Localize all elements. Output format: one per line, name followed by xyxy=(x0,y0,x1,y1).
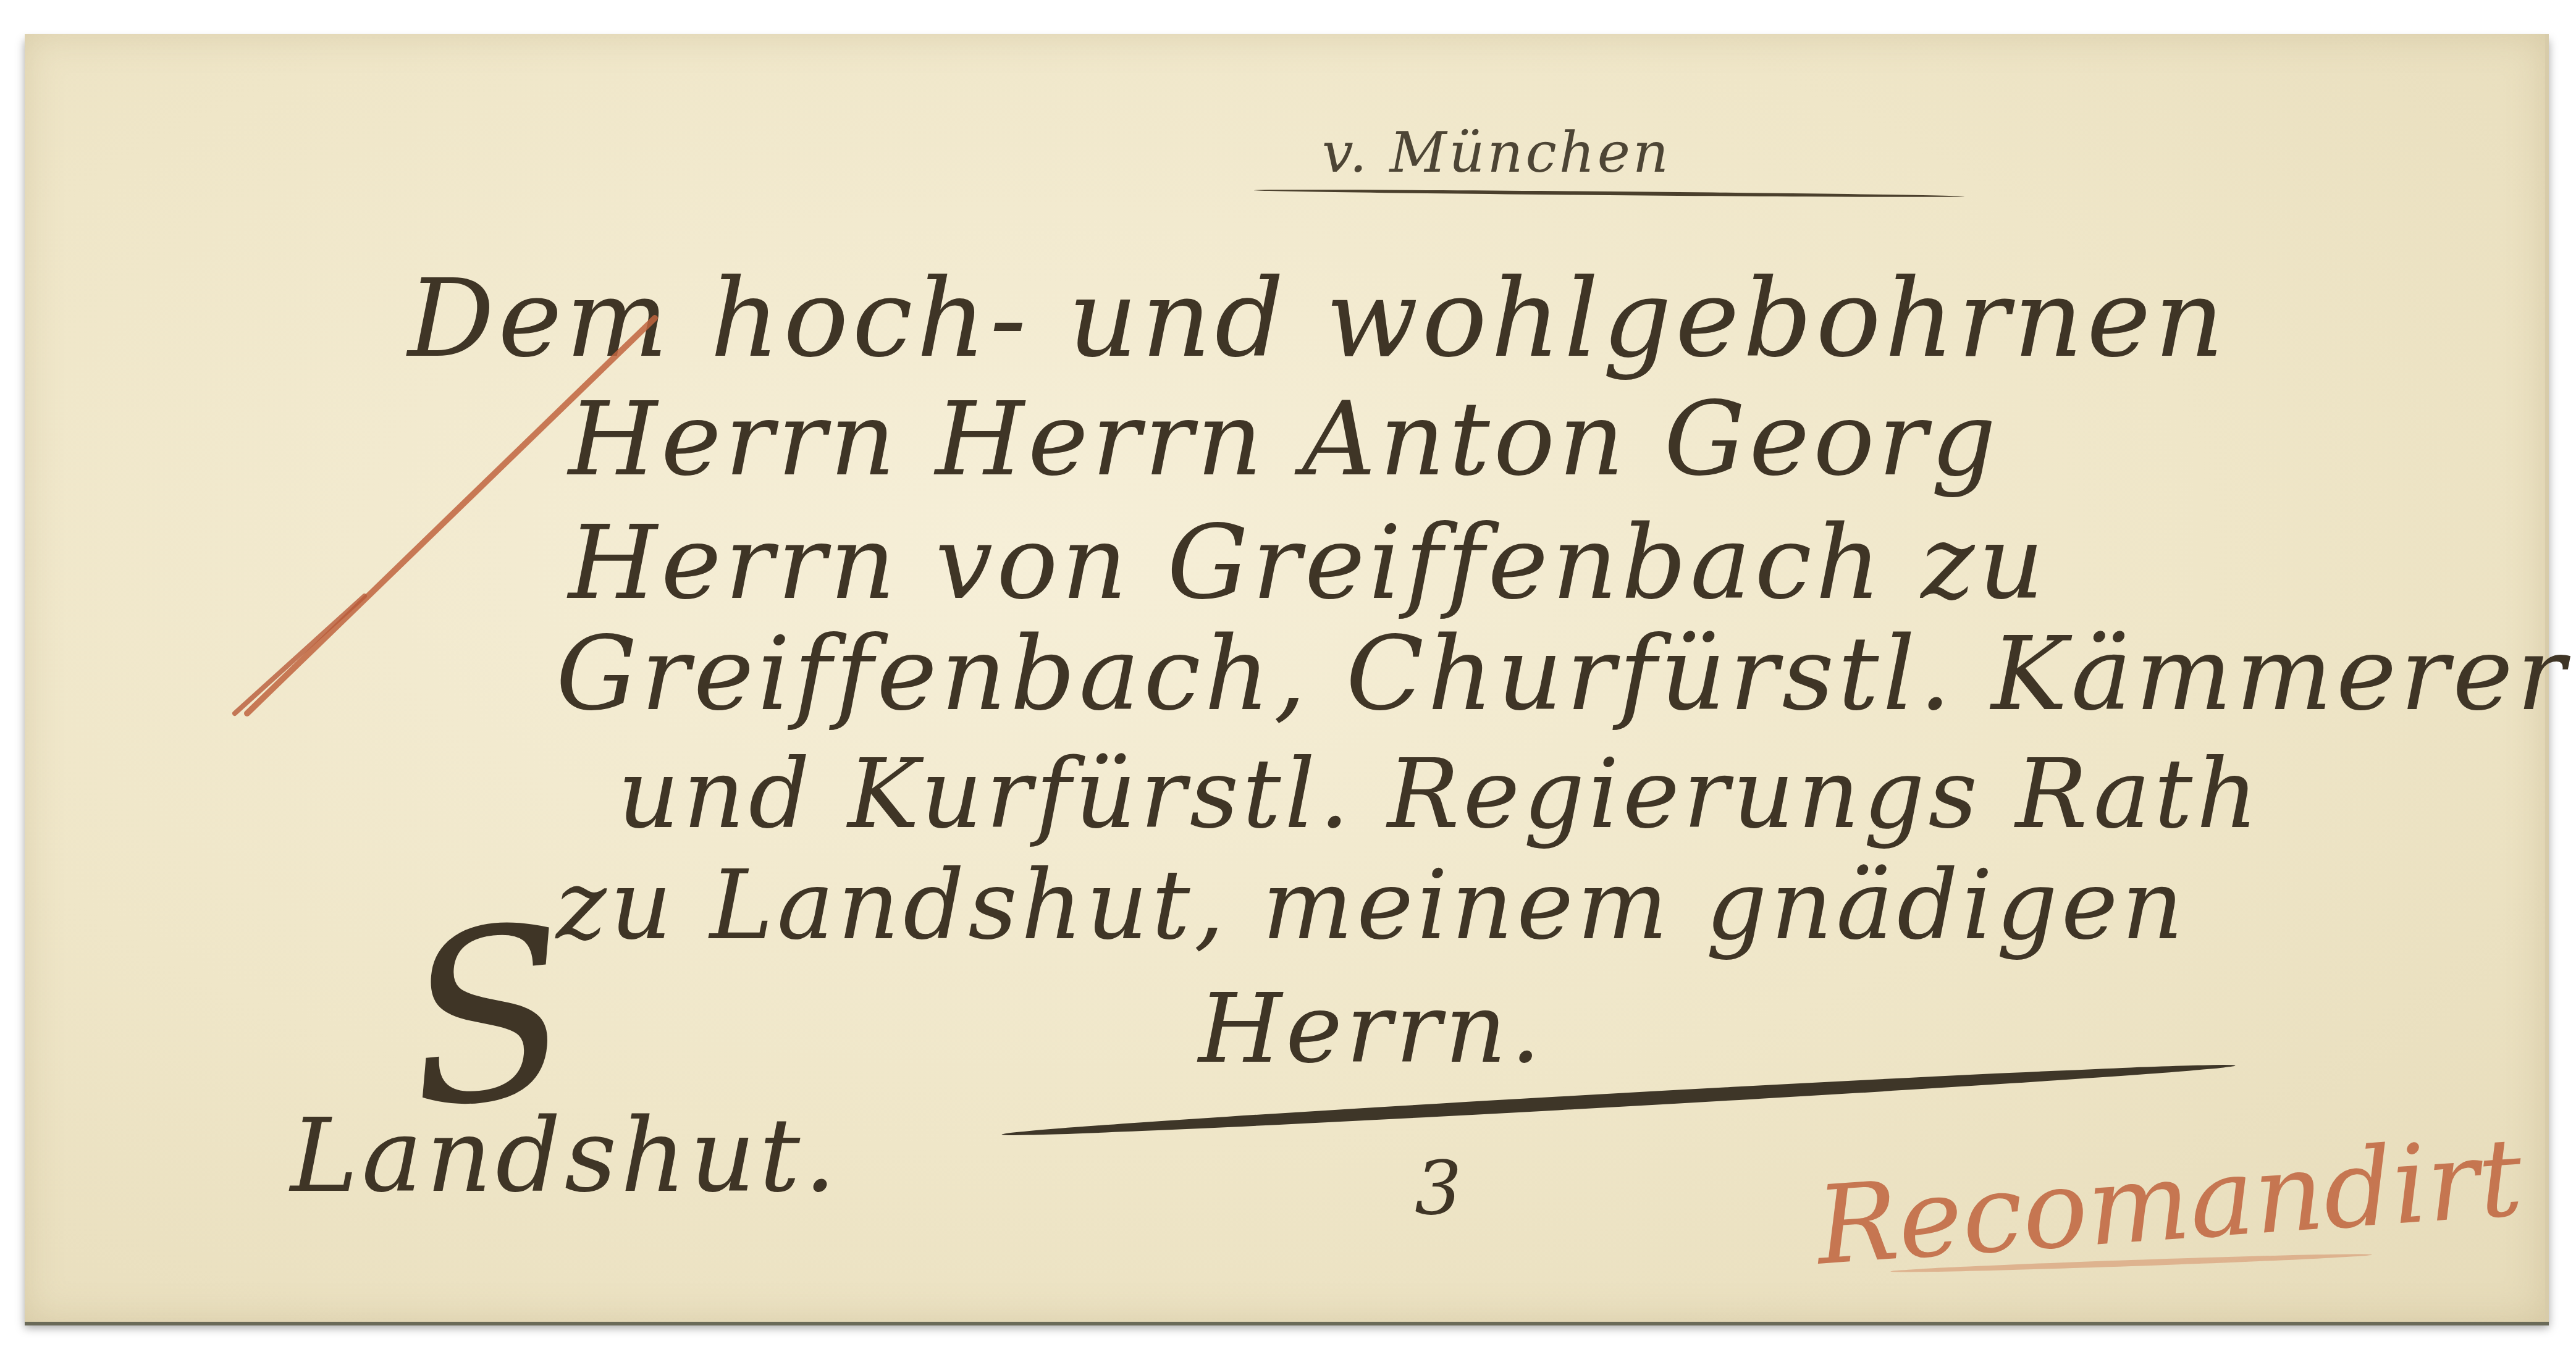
origin-note: v. München xyxy=(1322,120,1671,185)
red-crayon-stroke xyxy=(222,306,667,738)
address-line-3: Herrn von Greiffenbach zu xyxy=(568,503,2048,622)
address-line-2: Herrn Herrn Anton Georg xyxy=(568,380,2000,498)
address-line-6: zu Landshut, meinem gnädigen xyxy=(556,849,2187,961)
address-line-4: Greiffenbach, Churfürstl. Kämmerern xyxy=(556,615,2576,733)
address-line-7: Herrn. xyxy=(1198,973,1544,1085)
destination-underline xyxy=(1001,1059,2236,1141)
destination-city: Landshut. xyxy=(290,1096,840,1215)
address-line-5: und Kurfürstl. Regierungs Rath xyxy=(618,738,2262,850)
address-line-1: Dem hoch- und wohlgebohrnen xyxy=(408,256,2228,382)
origin-underline xyxy=(1254,188,1964,198)
letter-cover: v. München Dem hoch- und wohlgebohrnen H… xyxy=(25,34,2549,1322)
fee-mark: 3 xyxy=(1415,1146,1465,1232)
